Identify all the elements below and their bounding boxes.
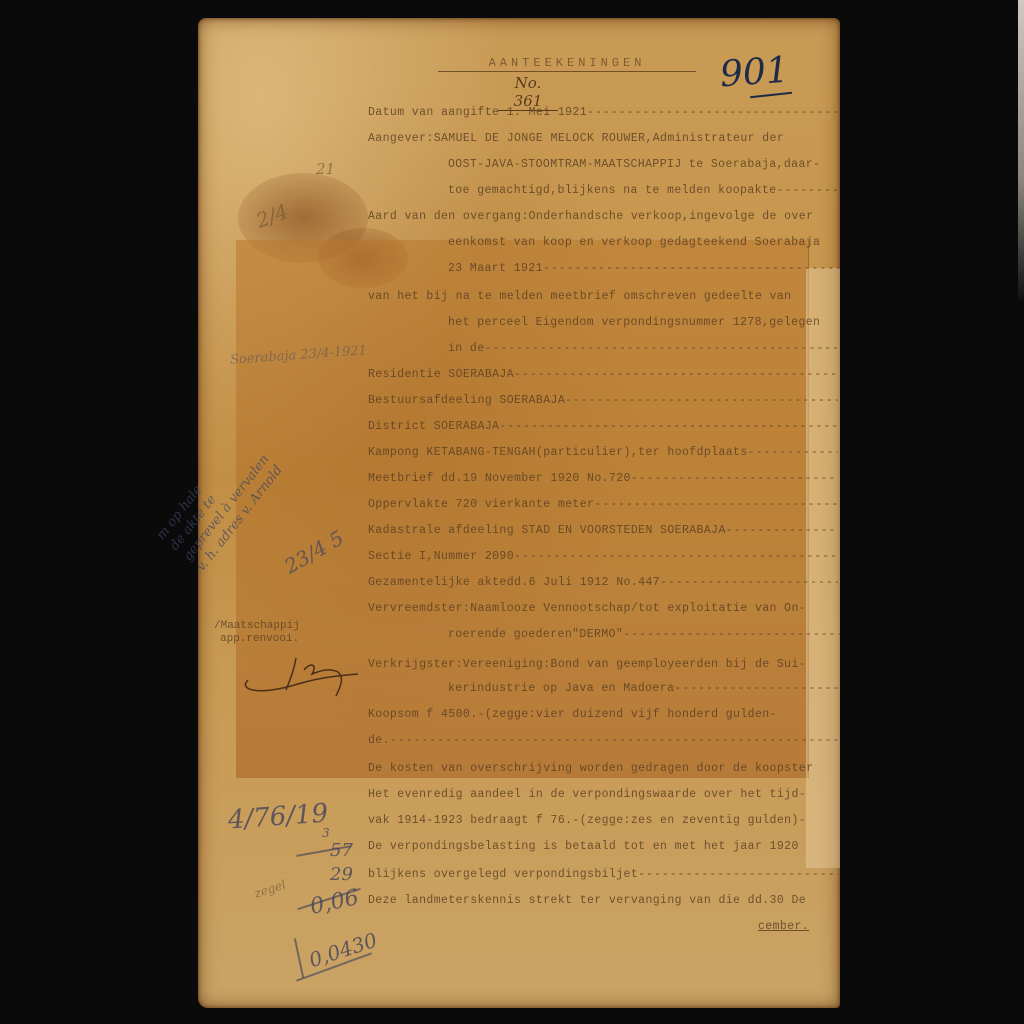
typed-line-text: Koopsom f 4500.-(zegge:vier duizend vijf… xyxy=(368,708,777,721)
typed-line-text: roerende goederen"DERMO" xyxy=(448,628,623,641)
typed-line-text: Sectie I,Nummer 2090 xyxy=(368,550,514,563)
typed-line: in de-----------------------------------… xyxy=(448,342,840,356)
typed-line-text: De kosten van overschrijving worden gedr… xyxy=(368,762,813,775)
typed-line: vak 1914-1923 bedraagt f 76.-(zegge:zes … xyxy=(368,814,838,828)
dash-fill: ----------------------------------------… xyxy=(631,472,838,485)
calc-rule xyxy=(294,938,304,978)
typed-line: Bestuursafdeeling SOERABAJA-------------… xyxy=(368,394,838,408)
typed-line-text: blijkens overgelegd verpondingsbiljet xyxy=(368,868,638,881)
typed-line-text: Deze landmeterskennis strekt ter vervang… xyxy=(368,894,806,907)
typed-line-text: District SOERABAJA xyxy=(368,420,499,433)
calc-line: 0,06 xyxy=(308,885,361,920)
calc-line: 0,0430 xyxy=(306,928,380,972)
document-page: AANTEEKENINGEN No. 361 901 Datum van aan… xyxy=(198,18,840,1008)
typed-line: cember. xyxy=(758,920,838,934)
typed-line-text: Gezamentelijke aktedd.6 Juli 1912 No.447 xyxy=(368,576,660,589)
typed-line: Deze landmeterskennis strekt ter vervang… xyxy=(368,894,838,908)
dash-fill: ----------------------------------------… xyxy=(514,368,838,381)
typed-line: Sectie I,Nummer 2090--------------------… xyxy=(368,550,838,564)
typed-line-text: Residentie SOERABAJA xyxy=(368,368,514,381)
margin-note-pencil: 21 xyxy=(316,160,335,178)
typed-line: Gezamentelijke aktedd.6 Juli 1912 No.447… xyxy=(368,576,838,590)
typed-line: District SOERABAJA----------------------… xyxy=(368,420,838,434)
dash-fill: ----------------------------------------… xyxy=(485,342,840,355)
typed-line-text: vak 1914-1923 bedraagt f 76.-(zegge:zes … xyxy=(368,814,806,827)
typed-line: kerindustrie op Java en Madoera---------… xyxy=(448,682,840,696)
typed-line-text: Oppervlakte 720 vierkante meter xyxy=(368,498,594,511)
typed-line: Kampong KETABANG-TENGAH(particulier),ter… xyxy=(368,446,838,460)
typed-line-text: Het evenredig aandeel in de verpondingsw… xyxy=(368,788,806,801)
typed-line: Kadastrale afdeeling STAD EN VOORSTEDEN … xyxy=(368,524,838,538)
dash-fill: ----------------------------------------… xyxy=(499,420,838,433)
typed-line: toe gemachtigd,blijkens na te melden koo… xyxy=(448,184,840,198)
typed-note-line: app.renvooi. xyxy=(220,633,299,646)
typed-line-text: Bestuursafdeeling SOERABAJA xyxy=(368,394,565,407)
typed-line: De kosten van overschrijving worden gedr… xyxy=(368,762,838,776)
dash-fill: ----------------------------------------… xyxy=(565,394,838,407)
typed-line: Datum van aangifte 1. Mei 1921----------… xyxy=(368,106,838,120)
typed-line-text: toe gemachtigd,blijkens na te melden koo… xyxy=(448,184,777,197)
typed-line-text: Meetbrief dd.19 November 1920 No.720 xyxy=(368,472,631,485)
typed-note-line: /Maatschappij xyxy=(214,620,300,633)
typed-line: Aangever:SAMUEL DE JONGE MELOCK ROUWER,A… xyxy=(368,132,838,146)
calc-line: 57 xyxy=(330,840,353,861)
document-title: AANTEEKENINGEN xyxy=(438,56,696,72)
dash-fill: ----------------------------------------… xyxy=(748,446,838,459)
typed-line-text: OOST-JAVA-STOOMTRAM-MAATSCHAPPIJ te Soer… xyxy=(448,158,820,171)
typed-line: Het evenredig aandeel in de verpondingsw… xyxy=(368,788,838,802)
typed-line: Koopsom f 4500.-(zegge:vier duizend vijf… xyxy=(368,708,838,722)
typed-line: Vervreemdster:Naamlooze Vennootschap/tot… xyxy=(368,602,838,616)
typed-line: de.-------------------------------------… xyxy=(368,734,838,748)
typed-line-text: het perceel Eigendom verpondingsnummer 1… xyxy=(448,316,820,329)
typed-line-text: de. xyxy=(368,734,390,747)
dash-fill: ----------------------------------------… xyxy=(726,524,838,537)
background-object-edge xyxy=(1018,0,1024,300)
typed-line-text: De verpondingsbelasting is betaald tot e… xyxy=(368,840,799,853)
typed-line-text: Aard van den overgang:Onderhandsche verk… xyxy=(368,210,813,223)
typed-line: 23 Maart 1921---------------------------… xyxy=(448,262,840,276)
typed-line-text: Datum van aangifte 1. Mei 1921 xyxy=(368,106,587,119)
typed-line-text: Kadastrale afdeeling STAD EN VOORSTEDEN … xyxy=(368,524,726,537)
typed-line-text: kerindustrie op Java en Madoera xyxy=(448,682,674,695)
typed-line: Oppervlakte 720 vierkante meter---------… xyxy=(368,498,838,512)
dash-fill: ----------------------------------------… xyxy=(543,262,840,275)
typed-line-text: in de xyxy=(448,342,485,355)
dash-fill: ----------------------------------------… xyxy=(660,576,838,589)
typed-line-text: 23 Maart 1921 xyxy=(448,262,543,275)
typed-line: blijkens overgelegd verpondingsbiljet---… xyxy=(368,868,838,882)
signature xyxy=(238,650,362,698)
typed-line-text: eenkomst van koop en verkoop gedagteeken… xyxy=(448,236,820,249)
calc-line: 29 xyxy=(330,864,353,885)
typed-line-text: Aangever:SAMUEL DE JONGE MELOCK ROUWER,A… xyxy=(368,132,784,145)
typed-line: Residentie SOERABAJA--------------------… xyxy=(368,368,838,382)
typed-line-text: cember. xyxy=(758,920,809,933)
dash-fill: ----------------------------------------… xyxy=(587,106,838,119)
typed-line: eenkomst van koop en verkoop gedagteeken… xyxy=(448,236,840,250)
typed-line-text: Vervreemdster:Naamlooze Vennootschap/tot… xyxy=(368,602,806,615)
typed-line: roerende goederen"DERMO"----------------… xyxy=(448,628,840,642)
pencil-label: zegel xyxy=(253,877,288,900)
calc-fraction: 4/76/19 xyxy=(227,799,329,836)
typed-line: van het bij na te melden meetbrief omsch… xyxy=(368,290,838,304)
typed-line-text: Kampong KETABANG-TENGAH(particulier),ter… xyxy=(368,446,748,459)
typed-line: Aard van den overgang:Onderhandsche verk… xyxy=(368,210,838,224)
paper-strip xyxy=(806,268,840,868)
calc-subscript: 3 xyxy=(322,826,330,840)
dash-fill: ----------------------------------------… xyxy=(390,734,838,747)
dash-fill: ----------------------------------------… xyxy=(623,628,840,641)
typed-line-text: van het bij na te melden meetbrief omsch… xyxy=(368,290,791,303)
page-number: 901 xyxy=(719,50,790,96)
typed-line: OOST-JAVA-STOOMTRAM-MAATSCHAPPIJ te Soer… xyxy=(448,158,840,172)
typed-line-text: Verkrijgster:Vereeniging:Bond van geempl… xyxy=(368,658,806,671)
dash-fill: ----------------------------------------… xyxy=(638,868,838,881)
typed-line: Meetbrief dd.19 November 1920 No.720----… xyxy=(368,472,838,486)
dash-fill: ----------------------------------------… xyxy=(777,184,840,197)
dash-fill: ----------------------------------------… xyxy=(674,682,840,695)
typed-line: het perceel Eigendom verpondingsnummer 1… xyxy=(448,316,840,330)
dash-fill: ----------------------------------------… xyxy=(514,550,838,563)
typed-line: De verpondingsbelasting is betaald tot e… xyxy=(368,840,838,854)
dash-fill: ----------------------------------------… xyxy=(594,498,838,511)
typed-line: Verkrijgster:Vereeniging:Bond van geempl… xyxy=(368,658,838,672)
